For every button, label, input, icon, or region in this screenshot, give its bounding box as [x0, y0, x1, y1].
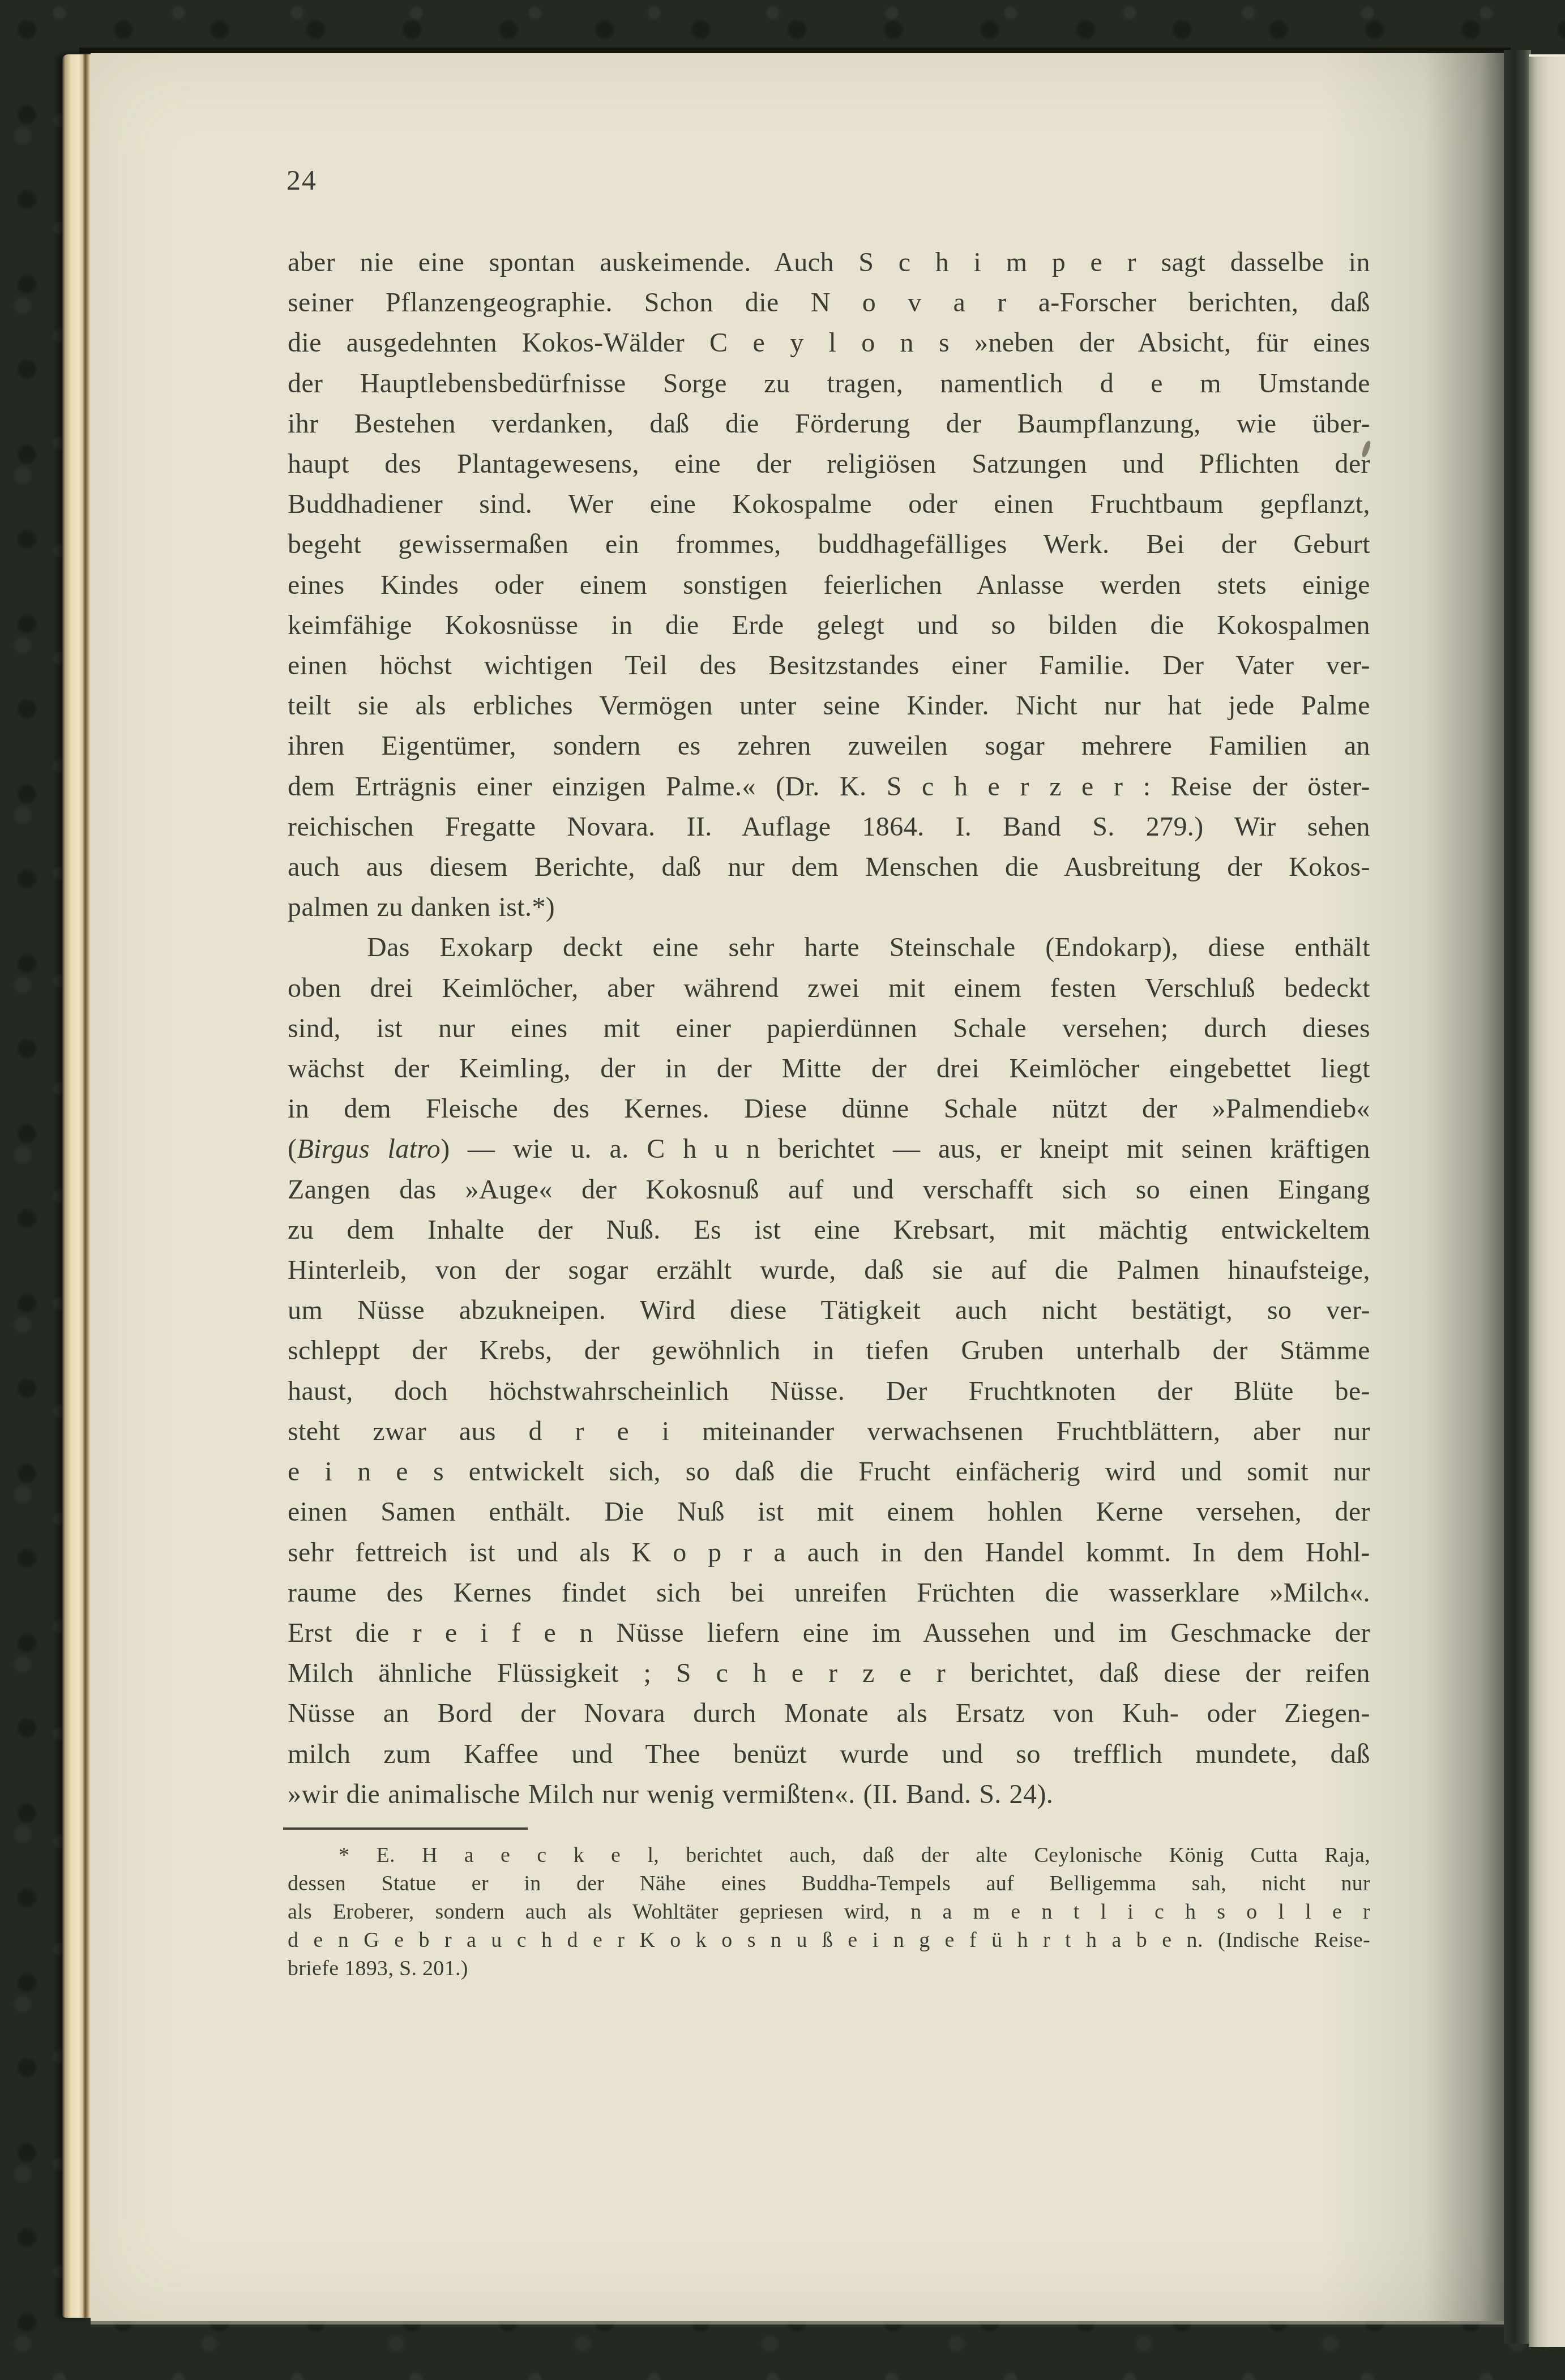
page-number: 24	[287, 164, 317, 196]
text-line: aber nie eine spontan auskeimende. Auch …	[288, 242, 1370, 282]
text-line: sind, ist nur eines mit einer papierdünn…	[288, 1008, 1370, 1048]
text-line: die ausgedehnten Kokos-Wälder C e y l o …	[288, 323, 1370, 363]
text-line: dem Erträgnis einer einzigen Palme.« (Dr…	[288, 767, 1370, 807]
text-line: briefe 1893, S. 201.)	[288, 1954, 1370, 1983]
text-line: haust, doch höchstwahrscheinlich Nüsse. …	[288, 1371, 1370, 1411]
text-line: schleppt der Krebs, der gewöhnlich in ti…	[288, 1330, 1370, 1371]
book-gutter-fold	[1504, 50, 1531, 2344]
text-line: auch aus diesem Berichte, daß nur dem Me…	[288, 847, 1370, 887]
text-line: um Nüsse abzukneipen. Wird diese Tätigke…	[288, 1290, 1370, 1330]
page-edge-stack	[62, 54, 92, 2318]
text-line: zu dem Inhalte der Nuß. Es ist eine Kreb…	[288, 1210, 1370, 1250]
text-line: * E. H a e c k e l, berichtet auch, daß …	[288, 1841, 1370, 1869]
text-line: Erst die r e i f e n Nüsse liefern eine …	[288, 1613, 1370, 1653]
text-line: einen Samen enthält. Die Nuß ist mit ein…	[288, 1492, 1370, 1532]
footnote-separator	[283, 1827, 528, 1830]
text-line: eines Kindes oder einem sonstigen feierl…	[288, 565, 1370, 605]
text-line: milch zum Kaffee und Thee benüzt wurde u…	[288, 1734, 1370, 1774]
text-line: haupt des Plantagewesens, eine der relig…	[288, 444, 1370, 484]
text-line: Das Exokarp deckt eine sehr harte Steins…	[288, 927, 1370, 968]
text-line: seiner Pflanzengeographie. Schon die N o…	[288, 282, 1370, 323]
text-line: raume des Kernes findet sich bei unreife…	[288, 1573, 1370, 1613]
text-line: in dem Fleische des Kernes. Diese dünne …	[288, 1089, 1370, 1129]
text-line: begeht gewissermaßen ein frommes, buddha…	[288, 524, 1370, 564]
text-line: Hinterleib, von der sogar erzählt wurde,…	[288, 1250, 1370, 1290]
text-line: einen höchst wichtigen Teil des Besitzst…	[288, 645, 1370, 686]
text-line: teilt sie als erbliches Vermögen unter s…	[288, 686, 1370, 726]
text-line: der Hauptlebensbedürfnisse Sorge zu trag…	[288, 363, 1370, 404]
text-line: Milch ähnliche Flüssigkeit ; S c h e r z…	[288, 1653, 1370, 1693]
text-line: ihren Eigentümer, sondern es zehren zuwe…	[288, 726, 1370, 766]
text-line: als Eroberer, sondern auch als Wohltäter…	[288, 1898, 1370, 1926]
footnote-text: * E. H a e c k e l, berichtet auch, daß …	[288, 1841, 1370, 1983]
text-line: dessen Statue er in der Nähe eines Buddh…	[288, 1869, 1370, 1898]
text-line: reichischen Fregatte Novara. II. Auflage…	[288, 807, 1370, 847]
body-text: aber nie eine spontan auskeimende. Auch …	[288, 242, 1370, 1814]
text-line: »wir die animalische Milch nur wenig ver…	[288, 1774, 1370, 1814]
text-line: ihr Bestehen verdanken, daß die Förderun…	[288, 404, 1370, 444]
text-line: steht zwar aus d r e i miteinander verwa…	[288, 1411, 1370, 1452]
text-line: oben drei Keimlöcher, aber während zwei …	[288, 968, 1370, 1008]
text-line: e i n e s entwickelt sich, so daß die Fr…	[288, 1452, 1370, 1492]
scanned-book-photo: 24 aber nie eine spontan auskeimende. Au…	[0, 0, 1565, 2380]
text-line: Buddhadiener sind. Wer eine Kokospalme o…	[288, 484, 1370, 524]
text-line: (Birgus latro) — wie u. a. C h u n beric…	[288, 1129, 1370, 1169]
text-line: keimfähige Kokosnüsse in die Erde gelegt…	[288, 605, 1370, 645]
text-line: Nüsse an Bord der Novara durch Monate al…	[288, 1693, 1370, 1733]
facing-page-edge	[1529, 54, 1565, 2347]
text-line: sehr fettreich ist und als K o p r a auc…	[288, 1533, 1370, 1573]
text-line: palmen zu danken ist.*)	[288, 887, 1370, 927]
page-top-edge-shadow	[79, 48, 1511, 53]
text-line: Zangen das »Auge« der Kokosnuß auf und v…	[288, 1170, 1370, 1210]
text-line: wächst der Keimling, der in der Mitte de…	[288, 1048, 1370, 1089]
text-line: d e n G e b r a u c h d e r K o k o s n …	[288, 1926, 1370, 1954]
